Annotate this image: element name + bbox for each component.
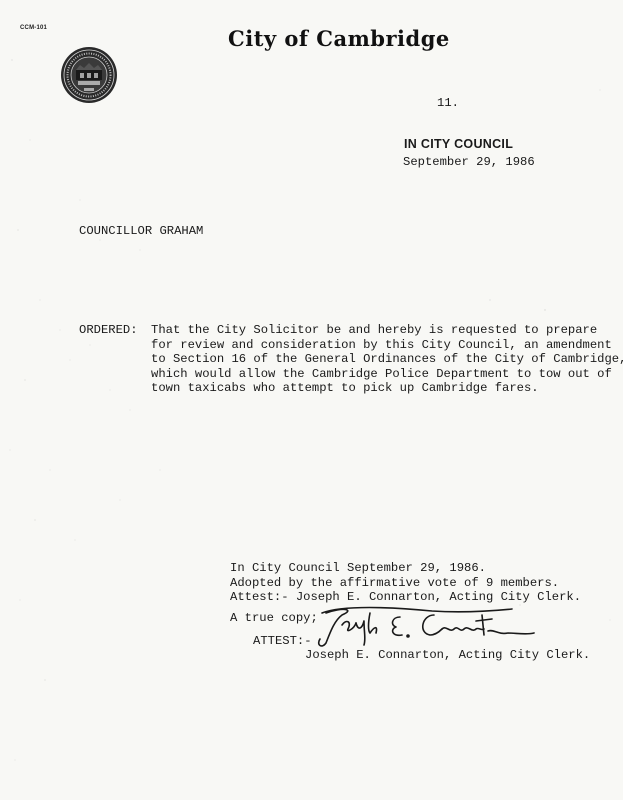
order-line: for review and consideration by this Cit… xyxy=(151,338,621,353)
agenda-item-number: 11. xyxy=(437,96,459,111)
order-line: That the City Solicitor be and hereby is… xyxy=(151,323,621,338)
sponsor-name: COUNCILLOR GRAHAM xyxy=(79,224,203,239)
attest-label: ATTEST:- xyxy=(253,634,312,649)
council-heading: IN CITY COUNCIL xyxy=(404,137,513,151)
order-text: That the City Solicitor be and hereby is… xyxy=(151,323,621,396)
action-line: In City Council September 29, 1986. xyxy=(230,561,581,576)
order-line: town taxicabs who attempt to pick up Cam… xyxy=(151,381,621,396)
order-label: ORDERED: xyxy=(79,323,138,338)
order-line: which would allow the Cambridge Police D… xyxy=(151,367,621,382)
document-page: CCM-101 City of Cambridge 11. IN CITY CO… xyxy=(0,0,623,800)
signer-name: Joseph E. Connarton, Acting City Clerk. xyxy=(305,648,590,663)
signature-icon xyxy=(312,603,542,651)
form-code: CCM-101 xyxy=(20,25,47,31)
true-copy-label: A true copy; xyxy=(230,611,318,626)
council-action: In City Council September 29, 1986. Adop… xyxy=(230,561,581,605)
masthead-title: City of Cambridge xyxy=(228,26,450,51)
city-seal-icon xyxy=(60,46,118,104)
action-line: Adopted by the affirmative vote of 9 mem… xyxy=(230,576,581,591)
council-date: September 29, 1986 xyxy=(403,155,535,170)
order-line: to Section 16 of the General Ordinances … xyxy=(151,352,621,367)
scan-noise xyxy=(0,0,623,800)
